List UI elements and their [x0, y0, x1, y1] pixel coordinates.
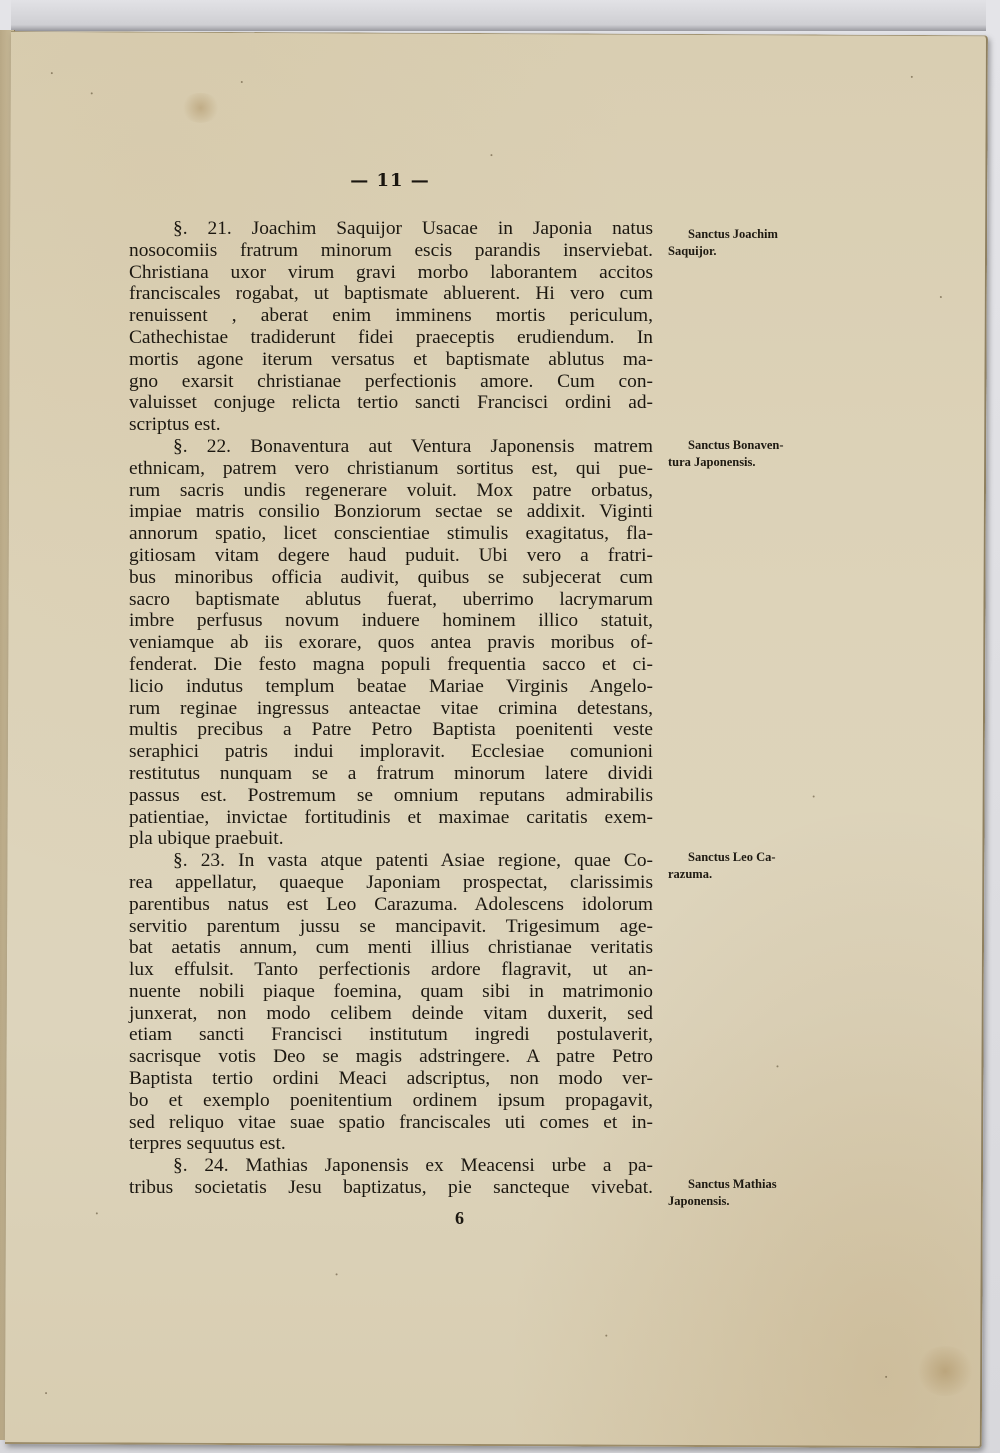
text-line: renuissent , aberat enim imminens mortis… [129, 305, 653, 327]
text-line: §. 21. Joachim Saquijor Usacae in Japoni… [129, 218, 653, 240]
marginal-note-leo: Sanctus Leo Ca- razuma. [668, 849, 818, 883]
paragraph-22: §. 22. Bonaventura aut Ventura Japonensi… [129, 436, 653, 850]
marginal-line: Sanctus Bonaven- [668, 437, 818, 454]
marginal-line: tura Japonensis. [668, 454, 818, 471]
paper-speck [605, 1335, 607, 1337]
text-line: junxerat, non modo celibem deinde vitam … [129, 1003, 653, 1025]
text-line: licio indutus templum beatae Mariae Virg… [129, 676, 653, 698]
text-line: etiam sancti Francisci institutum ingred… [129, 1024, 653, 1046]
background-surface [11, 0, 986, 31]
text-line: franciscales rogabat, ut baptismate ablu… [129, 283, 653, 305]
text-line: fenderat. Die festo magna populi frequen… [129, 654, 653, 676]
marginal-note-bonaventura: Sanctus Bonaven- tura Japonensis. [668, 437, 818, 471]
paper-speck [51, 72, 53, 74]
marginal-note-mathias: Sanctus Mathias Japonensis. [668, 1176, 818, 1210]
text-line: multis precibus a Patre Petro Baptista p… [129, 719, 653, 741]
paper-speck [91, 92, 93, 94]
text-line: §. 24. Mathias Japonensis ex Meacensi ur… [129, 1155, 653, 1177]
text-line: gitiosam vitam degere haud puduit. Ubi v… [129, 545, 653, 567]
photo-scene: — 11 — §. 21. Joachim Saquijor Usacae in… [0, 0, 1000, 1453]
text-line: sacrisque votis Deo se magis adstringere… [129, 1046, 653, 1068]
paper-speck [940, 296, 942, 298]
text-line: sacro baptismate ablutus fuerat, uberrim… [129, 589, 653, 611]
text-line: rum sacris undis regenerare voluit. Mox … [129, 480, 653, 502]
paper-speck [241, 81, 243, 83]
text-line: valuisset conjuge relicta tertio sancti … [129, 392, 653, 414]
text-line: Baptista tertio ordini Meaci adscriptus,… [129, 1068, 653, 1090]
text-line: gno exarsit christianae perfectionis amo… [129, 371, 653, 393]
text-line: scriptus est. [129, 414, 653, 436]
text-line: seraphici patris indui imploravit. Eccle… [129, 741, 653, 763]
text-line: impiae matris consilio Bonziorum sectae … [129, 501, 653, 523]
marginal-line: razuma. [668, 866, 818, 883]
text-line: restitutus nunquam se a fratrum minorum … [129, 763, 653, 785]
paper-speck [813, 796, 815, 798]
running-page-number: — 11 — [340, 170, 440, 191]
text-line: bo et exemplo poenitentium ordinem ipsum… [129, 1090, 653, 1112]
text-line: patientiae, invictae fortitudinis et max… [129, 807, 653, 829]
marginal-note-joachim: Sanctus Joachim Saquijor. [668, 226, 818, 260]
text-line: servitio parentum jussu se mancipavit. T… [129, 916, 653, 938]
text-line: mortis agone iterum versatus et baptisma… [129, 349, 653, 371]
text-line: sed reliquo vitae suae spatio franciscal… [129, 1112, 653, 1134]
paragraph-23: §. 23. In vasta atque patenti Asiae regi… [129, 850, 653, 1155]
text-line: rum reginae ingressus anteactae vitae cr… [129, 698, 653, 720]
paragraph-21: §. 21. Joachim Saquijor Usacae in Japoni… [129, 218, 653, 436]
text-line: nosocomiis fratrum minorum escis parandi… [129, 240, 653, 262]
text-line: terpres sequutus est. [129, 1133, 653, 1155]
foxing-stain [915, 1346, 975, 1396]
paragraph-24: §. 24. Mathias Japonensis ex Meacensi ur… [129, 1155, 653, 1199]
text-line: Cathechistae tradiderunt fidei praecepti… [129, 327, 653, 349]
text-line: bus minoribus officia audivit, quibus se… [129, 567, 653, 589]
paper-speck [911, 76, 913, 78]
signature-mark: 6 [455, 1208, 464, 1229]
text-line: bat aetatis annum, cum menti illius chri… [129, 937, 653, 959]
text-line: Christiana uxor virum gravi morbo labora… [129, 262, 653, 284]
paper-speck [45, 1392, 47, 1394]
main-text-column: §. 21. Joachim Saquijor Usacae in Japoni… [129, 218, 653, 1199]
marginal-line: Sanctus Mathias [668, 1176, 818, 1193]
text-line: pla ubique praebuit. [129, 828, 653, 850]
text-line: veniamque ab iis exorare, quos antea pra… [129, 632, 653, 654]
marginal-line: Japonensis. [668, 1193, 818, 1210]
text-line: ethnicam, patrem vero christianum sortit… [129, 458, 653, 480]
marginal-line: Sanctus Joachim [668, 226, 818, 243]
text-line: passus est. Postremum se omnium reputans… [129, 785, 653, 807]
marginal-line: Saquijor. [668, 243, 818, 260]
text-line: rea appellatur, quaeque Japoniam prospec… [129, 872, 653, 894]
text-line: lux effulsit. Tanto perfectionis ardore … [129, 959, 653, 981]
marginal-line: Sanctus Leo Ca- [668, 849, 818, 866]
text-line: §. 22. Bonaventura aut Ventura Japonensi… [129, 436, 653, 458]
text-line: imbre perfusus novum induere hominem ill… [129, 610, 653, 632]
paper-speck [776, 1065, 778, 1067]
paper-speck [96, 1212, 98, 1214]
foxing-stain [181, 93, 221, 123]
paper-speck [336, 1273, 338, 1275]
text-line: §. 23. In vasta atque patenti Asiae regi… [129, 850, 653, 872]
text-line: parentibus natus est Leo Carazuma. Adole… [129, 894, 653, 916]
text-line: annorum spatio, licet conscientiae stimu… [129, 523, 653, 545]
text-line: nuente nobili piaque foemina, quam sibi … [129, 981, 653, 1003]
text-line: tribus societatis Jesu baptizatus, pie s… [129, 1177, 653, 1199]
paper-speck [885, 1376, 887, 1378]
paper-speck [490, 154, 492, 156]
